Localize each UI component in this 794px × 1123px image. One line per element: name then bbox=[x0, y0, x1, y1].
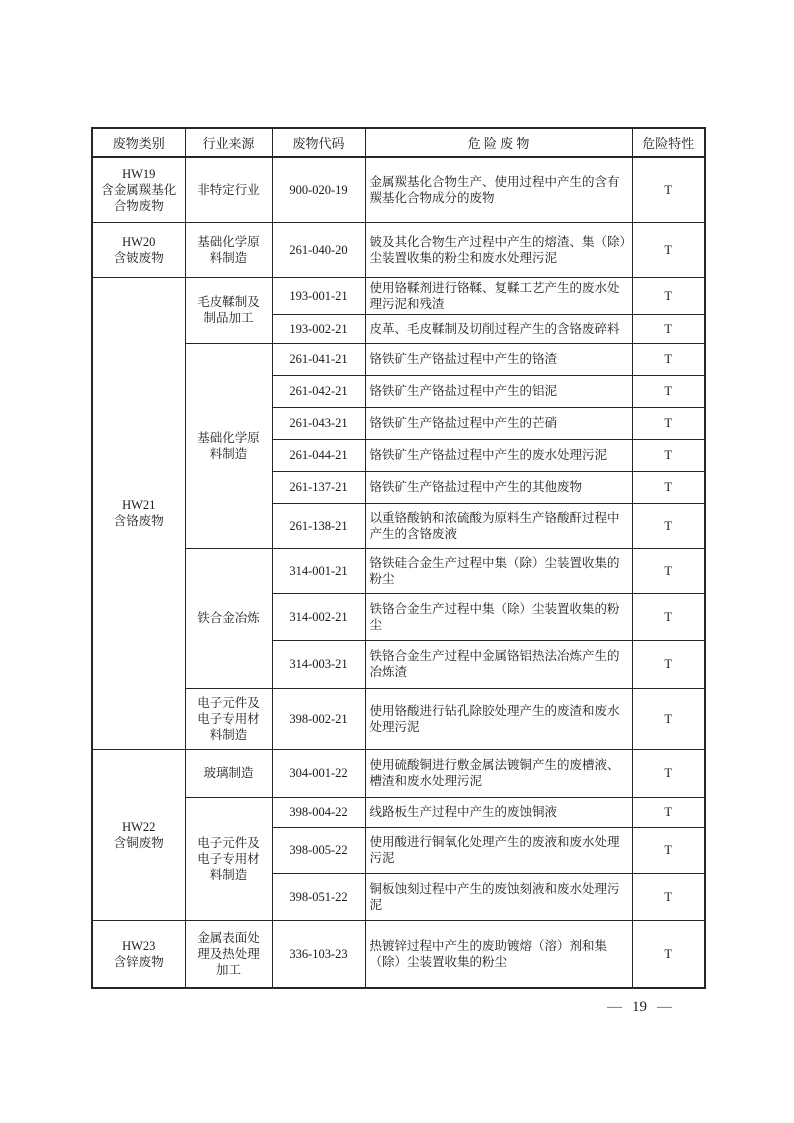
hazard-property-cell: T bbox=[632, 749, 705, 797]
column-header-hazard-property: 危险特性 bbox=[632, 128, 705, 157]
footer-left-dash: — bbox=[607, 998, 622, 1016]
waste-code-cell: 398-051-22 bbox=[272, 873, 365, 920]
waste-category-code: HW23 bbox=[99, 938, 179, 954]
waste-code-cell: 261-044-21 bbox=[272, 439, 365, 471]
hazard-property-cell: T bbox=[632, 593, 705, 640]
table-row: HW23含锌废物金属表面处理及热处理加工336-103-23热镀锌过程中产生的废… bbox=[92, 920, 705, 988]
hazard-property-cell: T bbox=[632, 797, 705, 827]
industry-source-cell: 毛皮鞣制及制品加工 bbox=[185, 277, 272, 343]
table-row: HW19含金属羰基化合物废物非特定行业900-020-19金属羰基化合物生产、使… bbox=[92, 157, 705, 222]
waste-description-cell: 使用酸进行铜氧化处理产生的废液和废水处理污泥 bbox=[365, 827, 632, 873]
industry-source-cell: 基础化学原料制造 bbox=[185, 343, 272, 548]
waste-category-cell: HW21含铬废物 bbox=[92, 277, 185, 749]
waste-description-cell: 铬铁硅合金生产过程中集（除）尘装置收集的粉尘 bbox=[365, 548, 632, 593]
waste-description-cell: 线路板生产过程中产生的废蚀铜液 bbox=[365, 797, 632, 827]
industry-source-cell: 金属表面处理及热处理加工 bbox=[185, 920, 272, 988]
waste-category-cell: HW22含铜废物 bbox=[92, 749, 185, 920]
hazard-property-cell: T bbox=[632, 439, 705, 471]
waste-code-cell: 193-002-21 bbox=[272, 314, 365, 343]
waste-description-cell: 铬铁矿生产铬盐过程中产生的其他废物 bbox=[365, 471, 632, 503]
waste-code-cell: 398-002-21 bbox=[272, 688, 365, 749]
table-header-row: 废物类别 行业来源 废物代码 危 险 废 物 危险特性 bbox=[92, 128, 705, 157]
hazard-property-cell: T bbox=[632, 873, 705, 920]
waste-description-cell: 铬铁矿生产铬盐过程中产生的芒硝 bbox=[365, 407, 632, 439]
column-header-hazardous-waste: 危 险 废 物 bbox=[365, 128, 632, 157]
waste-description-cell: 铍及其化合物生产过程中产生的熔渣、集（除）尘装置收集的粉尘和废水处理污泥 bbox=[365, 222, 632, 277]
waste-code-cell: 261-041-21 bbox=[272, 343, 365, 375]
hazard-property-cell: T bbox=[632, 407, 705, 439]
waste-code-cell: 314-002-21 bbox=[272, 593, 365, 640]
waste-description-cell: 皮革、毛皮鞣制及切削过程产生的含铬废碎料 bbox=[365, 314, 632, 343]
hazard-property-cell: T bbox=[632, 157, 705, 222]
column-header-waste-category: 废物类别 bbox=[92, 128, 185, 157]
hazard-property-cell: T bbox=[632, 375, 705, 407]
table-row: HW20含铍废物基础化学原料制造261-040-20铍及其化合物生产过程中产生的… bbox=[92, 222, 705, 277]
waste-code-cell: 261-137-21 bbox=[272, 471, 365, 503]
waste-description-cell: 热镀锌过程中产生的废助镀熔（溶）剂和集（除）尘装置收集的粉尘 bbox=[365, 920, 632, 988]
waste-description-cell: 铬铁矿生产铬盐过程中产生的铝泥 bbox=[365, 375, 632, 407]
waste-code-cell: 261-043-21 bbox=[272, 407, 365, 439]
waste-description-cell: 铬铁矿生产铬盐过程中产生的废水处理污泥 bbox=[365, 439, 632, 471]
hazard-property-cell: T bbox=[632, 827, 705, 873]
waste-category-code: HW19 bbox=[99, 166, 179, 182]
hazard-property-cell: T bbox=[632, 640, 705, 688]
hazard-property-cell: T bbox=[632, 688, 705, 749]
waste-description-cell: 铬铁矿生产铬盐过程中产生的铬渣 bbox=[365, 343, 632, 375]
hazard-property-cell: T bbox=[632, 548, 705, 593]
waste-code-cell: 398-004-22 bbox=[272, 797, 365, 827]
waste-code-cell: 193-001-21 bbox=[272, 277, 365, 314]
waste-description-cell: 使用硫酸铜进行敷金属法镀铜产生的废槽液、槽渣和废水处理污泥 bbox=[365, 749, 632, 797]
waste-category-name: 含铍废物 bbox=[99, 250, 179, 266]
waste-category-code: HW20 bbox=[99, 234, 179, 250]
waste-category-name: 含铬废物 bbox=[99, 513, 179, 529]
waste-description-cell: 铜板蚀刻过程中产生的废蚀刻液和废水处理污泥 bbox=[365, 873, 632, 920]
waste-category-code: HW22 bbox=[99, 819, 179, 835]
page-number: 19 bbox=[632, 999, 647, 1016]
waste-code-cell: 261-042-21 bbox=[272, 375, 365, 407]
hazard-property-cell: T bbox=[632, 343, 705, 375]
hazard-property-cell: T bbox=[632, 503, 705, 548]
table-body: HW19含金属羰基化合物废物非特定行业900-020-19金属羰基化合物生产、使… bbox=[92, 157, 705, 988]
industry-source-cell: 玻璃制造 bbox=[185, 749, 272, 797]
waste-category-cell: HW19含金属羰基化合物废物 bbox=[92, 157, 185, 222]
waste-category-name: 含锌废物 bbox=[99, 954, 179, 970]
hazardous-waste-table-container: 废物类别 行业来源 废物代码 危 险 废 物 危险特性 HW19含金属羰基化合物… bbox=[91, 127, 704, 989]
waste-code-cell: 314-001-21 bbox=[272, 548, 365, 593]
hazard-property-cell: T bbox=[632, 920, 705, 988]
page-footer: — 19 — bbox=[607, 998, 672, 1016]
waste-description-cell: 铁铬合金生产过程中金属铬铝热法冶炼产生的冶炼渣 bbox=[365, 640, 632, 688]
industry-source-cell: 非特定行业 bbox=[185, 157, 272, 222]
waste-category-cell: HW20含铍废物 bbox=[92, 222, 185, 277]
industry-source-cell: 电子元件及电子专用材料制造 bbox=[185, 797, 272, 920]
column-header-waste-code: 废物代码 bbox=[272, 128, 365, 157]
industry-source-cell: 基础化学原料制造 bbox=[185, 222, 272, 277]
table-row: HW22含铜废物玻璃制造304-001-22使用硫酸铜进行敷金属法镀铜产生的废槽… bbox=[92, 749, 705, 797]
waste-code-cell: 336-103-23 bbox=[272, 920, 365, 988]
waste-description-cell: 铁铬合金生产过程中集（除）尘装置收集的粉尘 bbox=[365, 593, 632, 640]
table-header-row: 废物类别 行业来源 废物代码 危 险 废 物 危险特性 bbox=[92, 128, 705, 157]
waste-description-cell: 使用铬鞣剂进行铬鞣、复鞣工艺产生的废水处理污泥和残渣 bbox=[365, 277, 632, 314]
waste-category-cell: HW23含锌废物 bbox=[92, 920, 185, 988]
hazard-property-cell: T bbox=[632, 314, 705, 343]
waste-description-cell: 以重铬酸钠和浓硫酸为原料生产铬酸酐过程中产生的含铬废液 bbox=[365, 503, 632, 548]
waste-category-name: 含金属羰基化合物废物 bbox=[99, 182, 179, 214]
industry-source-cell: 铁合金冶炼 bbox=[185, 548, 272, 688]
hazard-property-cell: T bbox=[632, 471, 705, 503]
waste-code-cell: 900-020-19 bbox=[272, 157, 365, 222]
waste-category-code: HW21 bbox=[99, 497, 179, 513]
hazardous-waste-table: 废物类别 行业来源 废物代码 危 险 废 物 危险特性 HW19含金属羰基化合物… bbox=[91, 127, 706, 989]
waste-description-cell: 使用铬酸进行钻孔除胶处理产生的废渣和废水处理污泥 bbox=[365, 688, 632, 749]
waste-code-cell: 398-005-22 bbox=[272, 827, 365, 873]
hazard-property-cell: T bbox=[632, 277, 705, 314]
waste-description-cell: 金属羰基化合物生产、使用过程中产生的含有羰基化合物成分的废物 bbox=[365, 157, 632, 222]
industry-source-cell: 电子元件及电子专用材料制造 bbox=[185, 688, 272, 749]
hazard-property-cell: T bbox=[632, 222, 705, 277]
waste-code-cell: 304-001-22 bbox=[272, 749, 365, 797]
waste-code-cell: 261-138-21 bbox=[272, 503, 365, 548]
column-header-industry-source: 行业来源 bbox=[185, 128, 272, 157]
waste-code-cell: 314-003-21 bbox=[272, 640, 365, 688]
table-row: HW21含铬废物毛皮鞣制及制品加工193-001-21使用铬鞣剂进行铬鞣、复鞣工… bbox=[92, 277, 705, 314]
waste-code-cell: 261-040-20 bbox=[272, 222, 365, 277]
waste-category-name: 含铜废物 bbox=[99, 835, 179, 851]
footer-right-dash: — bbox=[657, 998, 672, 1016]
